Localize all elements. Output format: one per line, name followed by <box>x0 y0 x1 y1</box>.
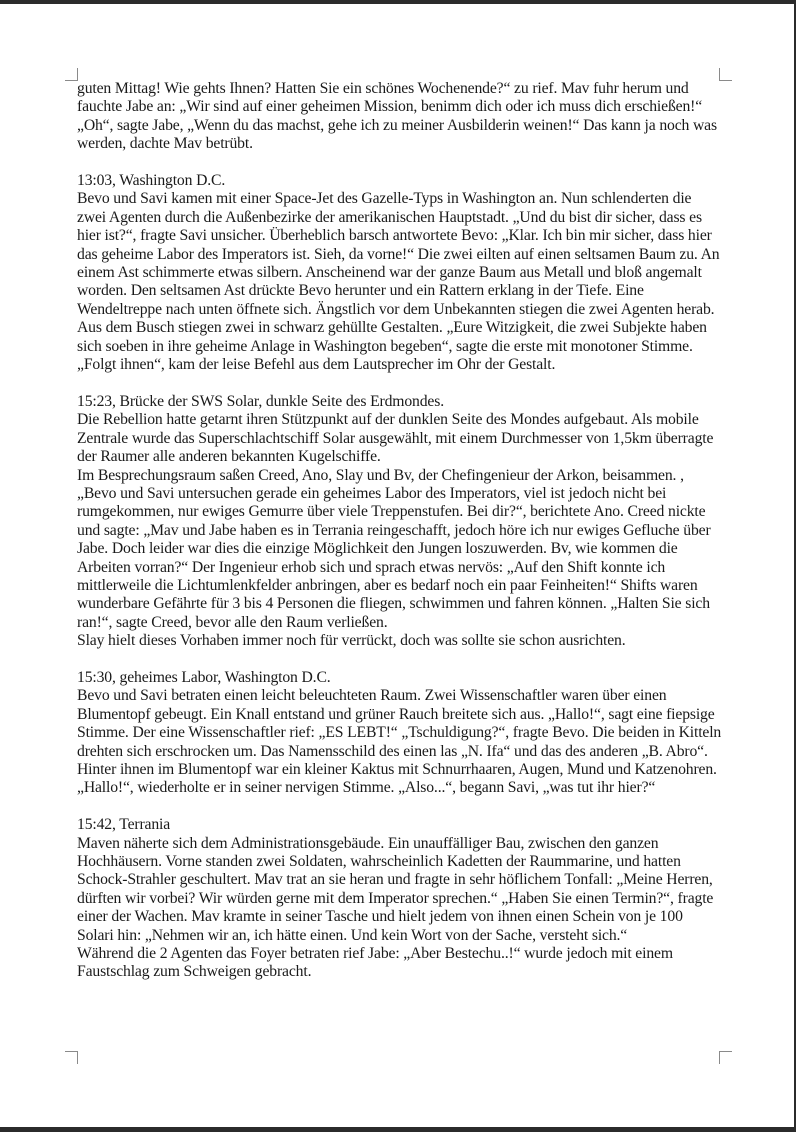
paragraph: Bevo und Savi betraten einen leicht bele… <box>77 687 722 797</box>
scene-heading: 15:23, Brücke der SWS Solar, dunkle Seit… <box>77 393 722 411</box>
empty-line <box>77 651 722 669</box>
document-body[interactable]: guten Mittag! Wie gehts Ihnen? Hatten Si… <box>77 80 722 982</box>
paragraph: Slay hielt dieses Vorhaben immer noch fü… <box>77 632 722 650</box>
scene-heading: 13:03, Washington D.C. <box>77 172 722 190</box>
empty-line <box>77 154 722 172</box>
empty-line <box>77 798 722 816</box>
margin-corner-mark-bottom-right <box>719 1051 732 1064</box>
paragraph: Die Rebellion hatte getarnt ihren Stützp… <box>77 411 722 466</box>
paragraph: Maven näherte sich dem Administrationsge… <box>77 835 722 945</box>
empty-line <box>77 374 722 392</box>
paragraph: Während die 2 Agenten das Foyer betraten… <box>77 945 722 982</box>
window-frame-top <box>0 0 796 4</box>
scene-heading: 15:30, geheimes Labor, Washington D.C. <box>77 669 722 687</box>
paragraph: guten Mittag! Wie gehts Ihnen? Hatten Si… <box>77 80 722 154</box>
paragraph: Bevo und Savi kamen mit einer Space-Jet … <box>77 190 722 319</box>
window-frame-bottom <box>0 1127 796 1132</box>
scene-heading: 15:42, Terrania <box>77 816 722 834</box>
paragraph: Im Besprechungsraum saßen Creed, Ano, Sl… <box>77 467 722 633</box>
margin-corner-mark-bottom-left <box>65 1051 78 1064</box>
paragraph: Aus dem Busch stiegen zwei in schwarz ge… <box>77 319 722 374</box>
